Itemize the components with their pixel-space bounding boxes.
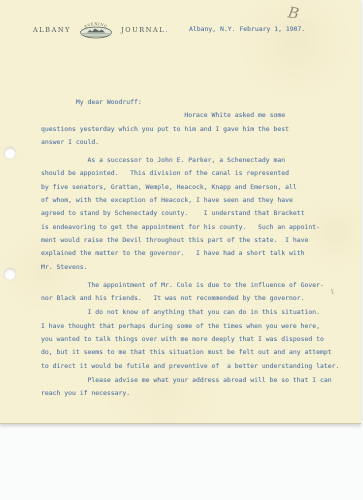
letter-paragraph: Please advise me what your address abroa… [41, 374, 356, 401]
handwritten-b-mark: B [287, 3, 301, 23]
letterhead-right-text: JOURNAL. [121, 26, 169, 34]
letterhead: ALBANY EVENING JOURNAL. [33, 20, 169, 39]
letterhead-left-text: ALBANY [33, 26, 71, 34]
letter-paper: ALBANY EVENING JOURNAL. Albany, N.Y. Feb… [0, 0, 361, 424]
dateline: Albany, N.Y. February 1, 1907. [189, 25, 305, 33]
punch-hole-top [4, 147, 16, 159]
letter-paragraph: As a successor to John E. Parker, a Sche… [41, 154, 356, 274]
evening-journal-emblem-icon: EVENING [73, 20, 119, 39]
letter-paragraph: The appointment of Mr. Cole is due to th… [41, 279, 356, 306]
letter-body: My dear Woodruff: Horace White asked me … [41, 96, 356, 402]
punch-hole-bottom [4, 268, 16, 280]
letter-paragraph: I do not know of anything that you can d… [41, 306, 356, 373]
letter-paragraph: My dear Woodruff: Horace White asked me … [41, 96, 356, 149]
